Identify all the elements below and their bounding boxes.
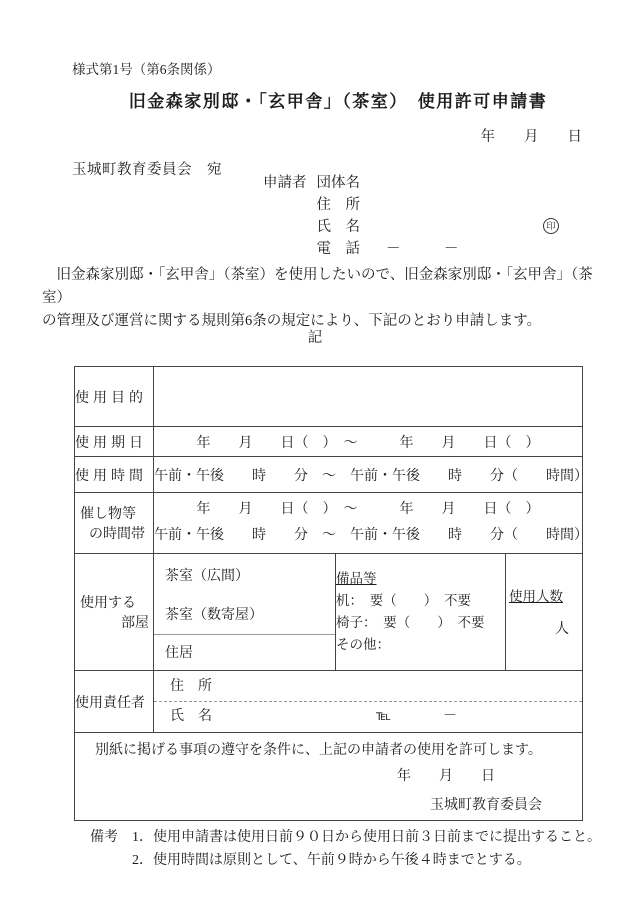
- applicant-label: 申請者: [263, 172, 307, 194]
- equipment-item-other: その他：: [336, 634, 505, 656]
- organization-name-label: 団体名: [317, 175, 361, 191]
- record-mark: 記: [0, 326, 630, 347]
- phone-row: 電 話－ －: [317, 238, 617, 260]
- event-time-value-cell: 年 月 日（ ） ～ 年 月 日（ ） 午前・午後 時 分 ～ 午前・午後 時 …: [154, 493, 583, 554]
- responsible-name-label: 氏 名: [170, 702, 212, 732]
- applicant-fields: 団体名 住 所 氏 名 電 話－ －: [317, 172, 617, 260]
- responsible-address-row: 住 所: [154, 672, 582, 702]
- responsible-row: 使用責任者 住 所 氏 名 ℡ －: [75, 671, 583, 733]
- approval-row: 別紙に掲げる事項の遵守を条件に、上記の申請者の使用を許可します。 年 月 日 玉…: [75, 733, 583, 821]
- header-date-line: 年 月 日: [0, 125, 582, 146]
- responsible-value-cell: 住 所 氏 名 ℡ －: [154, 671, 583, 733]
- capacity-unit: 人: [506, 618, 582, 638]
- notes-items: 1．使用申請書は使用日前９０日から使用日前３日前までに提出すること。 2．使用時…: [132, 827, 601, 872]
- address-label: 住 所: [317, 197, 361, 213]
- name-row: 氏 名: [317, 216, 617, 238]
- period-value-cell: 年 月 日（ ） ～ 年 月 日（ ）: [154, 427, 583, 457]
- responsible-name-row: 氏 名 ℡ －: [154, 702, 582, 732]
- hours-label-cell: 使用時間: [75, 457, 154, 493]
- rooms-row: 使用する 部屋 茶室（広間） 茶室（数寄屋） 住居 備品等 机： 要（ ） 不要…: [75, 554, 583, 671]
- applicant-block: 申請者 団体名 住 所 氏 名 電 話－ － 印: [263, 172, 617, 260]
- responsible-address-label: 住 所: [170, 679, 212, 694]
- capacity-cell: 使用人数 人: [506, 554, 583, 671]
- form-number: 様式第1号（第6条関係）: [72, 58, 221, 78]
- capacity-header: 使用人数: [506, 586, 582, 608]
- equipment-item-chair: 椅子： 要（ ） 不要: [336, 612, 505, 634]
- event-date-value: 年 月 日（ ） ～ 年 月 日（ ）: [154, 497, 582, 523]
- purpose-label-cell: 使用目的: [75, 367, 154, 427]
- approval-date-line: 年 月 日: [75, 765, 582, 785]
- event-time-label-cell: 催し物等 の時間帯: [75, 493, 154, 554]
- rooms-label-line2: 部屋: [75, 612, 153, 632]
- tel-dash: －: [443, 702, 457, 732]
- approval-cell: 別紙に掲げる事項の遵守を条件に、上記の申請者の使用を許可します。 年 月 日 玉…: [75, 733, 583, 821]
- notes-label: 備考: [90, 827, 118, 872]
- responsible-label-cell: 使用責任者: [75, 671, 154, 733]
- event-hours-value: 午前・午後 時 分 ～ 午前・午後 時 分（ 時間）: [154, 523, 582, 549]
- room-options-cell: 茶室（広間） 茶室（数寄屋） 住居: [154, 554, 336, 671]
- addressee: 玉城町教育委員会 宛: [72, 158, 222, 179]
- room-option-hiroma: 茶室（広間）: [154, 555, 335, 595]
- page-title: 旧金森家別邸・「玄甲舎」（茶室） 使用許可申請書: [0, 87, 630, 112]
- hours-row: 使用時間 午前・午後 時 分 ～ 午前・午後 時 分（ 時間）: [75, 457, 583, 493]
- phone-value: － －: [386, 241, 459, 257]
- phone-label: 電 話: [317, 241, 361, 257]
- hours-value-cell: 午前・午後 時 分 ～ 午前・午後 時 分（ 時間）: [154, 457, 583, 493]
- equipment-header: 備品等: [336, 568, 505, 590]
- address-row: 住 所: [317, 194, 617, 216]
- name-label: 氏 名: [317, 219, 361, 235]
- note-item-1: 1．使用申請書は使用日前９０日から使用日前３日前までに提出すること。: [132, 827, 601, 850]
- rooms-label-cell: 使用する 部屋: [75, 554, 154, 671]
- period-row: 使用期日 年 月 日（ ） ～ 年 月 日（ ）: [75, 427, 583, 457]
- approval-text: 別紙に掲げる事項の遵守を条件に、上記の申請者の使用を許可します。: [75, 739, 582, 759]
- equipment-item-desk: 机： 要（ ） 不要: [336, 590, 505, 612]
- event-time-row: 催し物等 の時間帯 年 月 日（ ） ～ 年 月 日（ ） 午前・午後 時 分 …: [75, 493, 583, 554]
- period-label-cell: 使用期日: [75, 427, 154, 457]
- organization-name-row: 団体名: [317, 172, 617, 194]
- room-option-jukyo: 住居: [154, 635, 335, 670]
- body-paragraph: 旧金森家別邸・「玄甲舎」（茶室）を使用したいので、旧金森家別邸・「玄甲舎」（茶室…: [42, 264, 604, 333]
- note-item-2: 2．使用時間は原則として、午前９時から午後４時までとする。: [132, 850, 601, 873]
- rooms-label-line1: 使用する: [75, 592, 153, 612]
- purpose-value-cell: [154, 367, 583, 427]
- notes-block: 備考 1．使用申請書は使用日前９０日から使用日前３日前までに提出すること。 2．…: [90, 827, 601, 872]
- event-time-label-line1: 催し物等: [75, 503, 153, 523]
- equipment-cell: 備品等 机： 要（ ） 不要 椅子： 要（ ） 不要 その他：: [336, 554, 506, 671]
- seal-icon: 印: [543, 218, 559, 234]
- event-time-label-line2: の時間帯: [75, 523, 153, 543]
- room-option-sukiya: 茶室（数寄屋）: [154, 595, 335, 635]
- tel-icon: ℡: [376, 702, 391, 732]
- document-page: 様式第1号（第6条関係） 旧金森家別邸・「玄甲舎」（茶室） 使用許可申請書 年 …: [0, 0, 630, 903]
- purpose-row: 使用目的: [75, 367, 583, 427]
- application-table: 使用目的 使用期日 年 月 日（ ） ～ 年 月 日（ ） 使用時間 午前・午後…: [74, 366, 583, 821]
- approval-signature: 玉城町教育委員会: [75, 794, 582, 814]
